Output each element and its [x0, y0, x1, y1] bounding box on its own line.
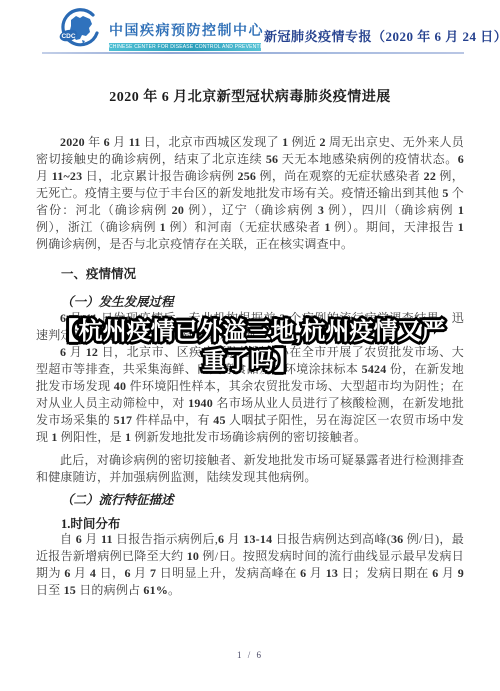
- paragraph-time-distribution: 自 6 月 11 日报告指示病例后,6 月 13-14 日报告病例达到高峰(36…: [36, 531, 464, 599]
- org-name-block: 中国疾病预防控制中心 CHINESE CENTER FOR DISEASE CO…: [109, 20, 264, 51]
- org-name-english: CHINESE CENTER FOR DISEASE CONTROL AND P…: [109, 43, 261, 51]
- cdc-logo: CDC 中国疾病预防控制中心 CHINESE CENTER FOR DISEAS…: [56, 8, 264, 54]
- page-header: CDC 中国疾病预防控制中心 CHINESE CENTER FOR DISEAS…: [56, 8, 462, 54]
- overlay-headline-line2: 重了吗】: [0, 347, 500, 377]
- cdc-badge-text: CDC: [61, 33, 75, 40]
- paragraph-followup: 此后，对确诊病例的密切接触者、新发地批发市场可疑暴露者进行检测排查和健康随访，并…: [36, 452, 464, 486]
- subsection-heading-development-process: （一）发生发展过程: [36, 292, 464, 310]
- org-name: 中国疾病预防控制中心: [109, 20, 264, 40]
- subsection-heading-time-distribution: 1.时间分布: [36, 514, 464, 532]
- report-page: CDC 中国疾病预防控制中心 CHINESE CENTER FOR DISEAS…: [0, 0, 500, 691]
- header-rule: [42, 52, 464, 54]
- cdc-emblem-icon: CDC: [56, 8, 102, 54]
- doc-title: 2020 年 6 月北京新型冠状病毒肺炎疫情进展: [36, 86, 464, 106]
- section-heading-epidemic-situation: 一、疫情情况: [36, 264, 464, 282]
- overlay-headline: 【杭州疫情已外溢三地,杭州疫情又严 重了吗】: [0, 317, 500, 377]
- report-banner: 新冠肺炎疫情专报（2020 年 6 月 24 日）: [264, 26, 500, 45]
- paragraph-intro: 2020 年 6 月 11 日，北京市西城区发现了 1 例近 2 周无出京史、无…: [36, 134, 464, 253]
- overlay-headline-line1: 【杭州疫情已外溢三地,杭州疫情又严: [0, 317, 500, 347]
- subsection-heading-epidemiologic-features: （二）流行特征描述: [36, 490, 464, 508]
- page-number: 1 / 6: [0, 650, 500, 660]
